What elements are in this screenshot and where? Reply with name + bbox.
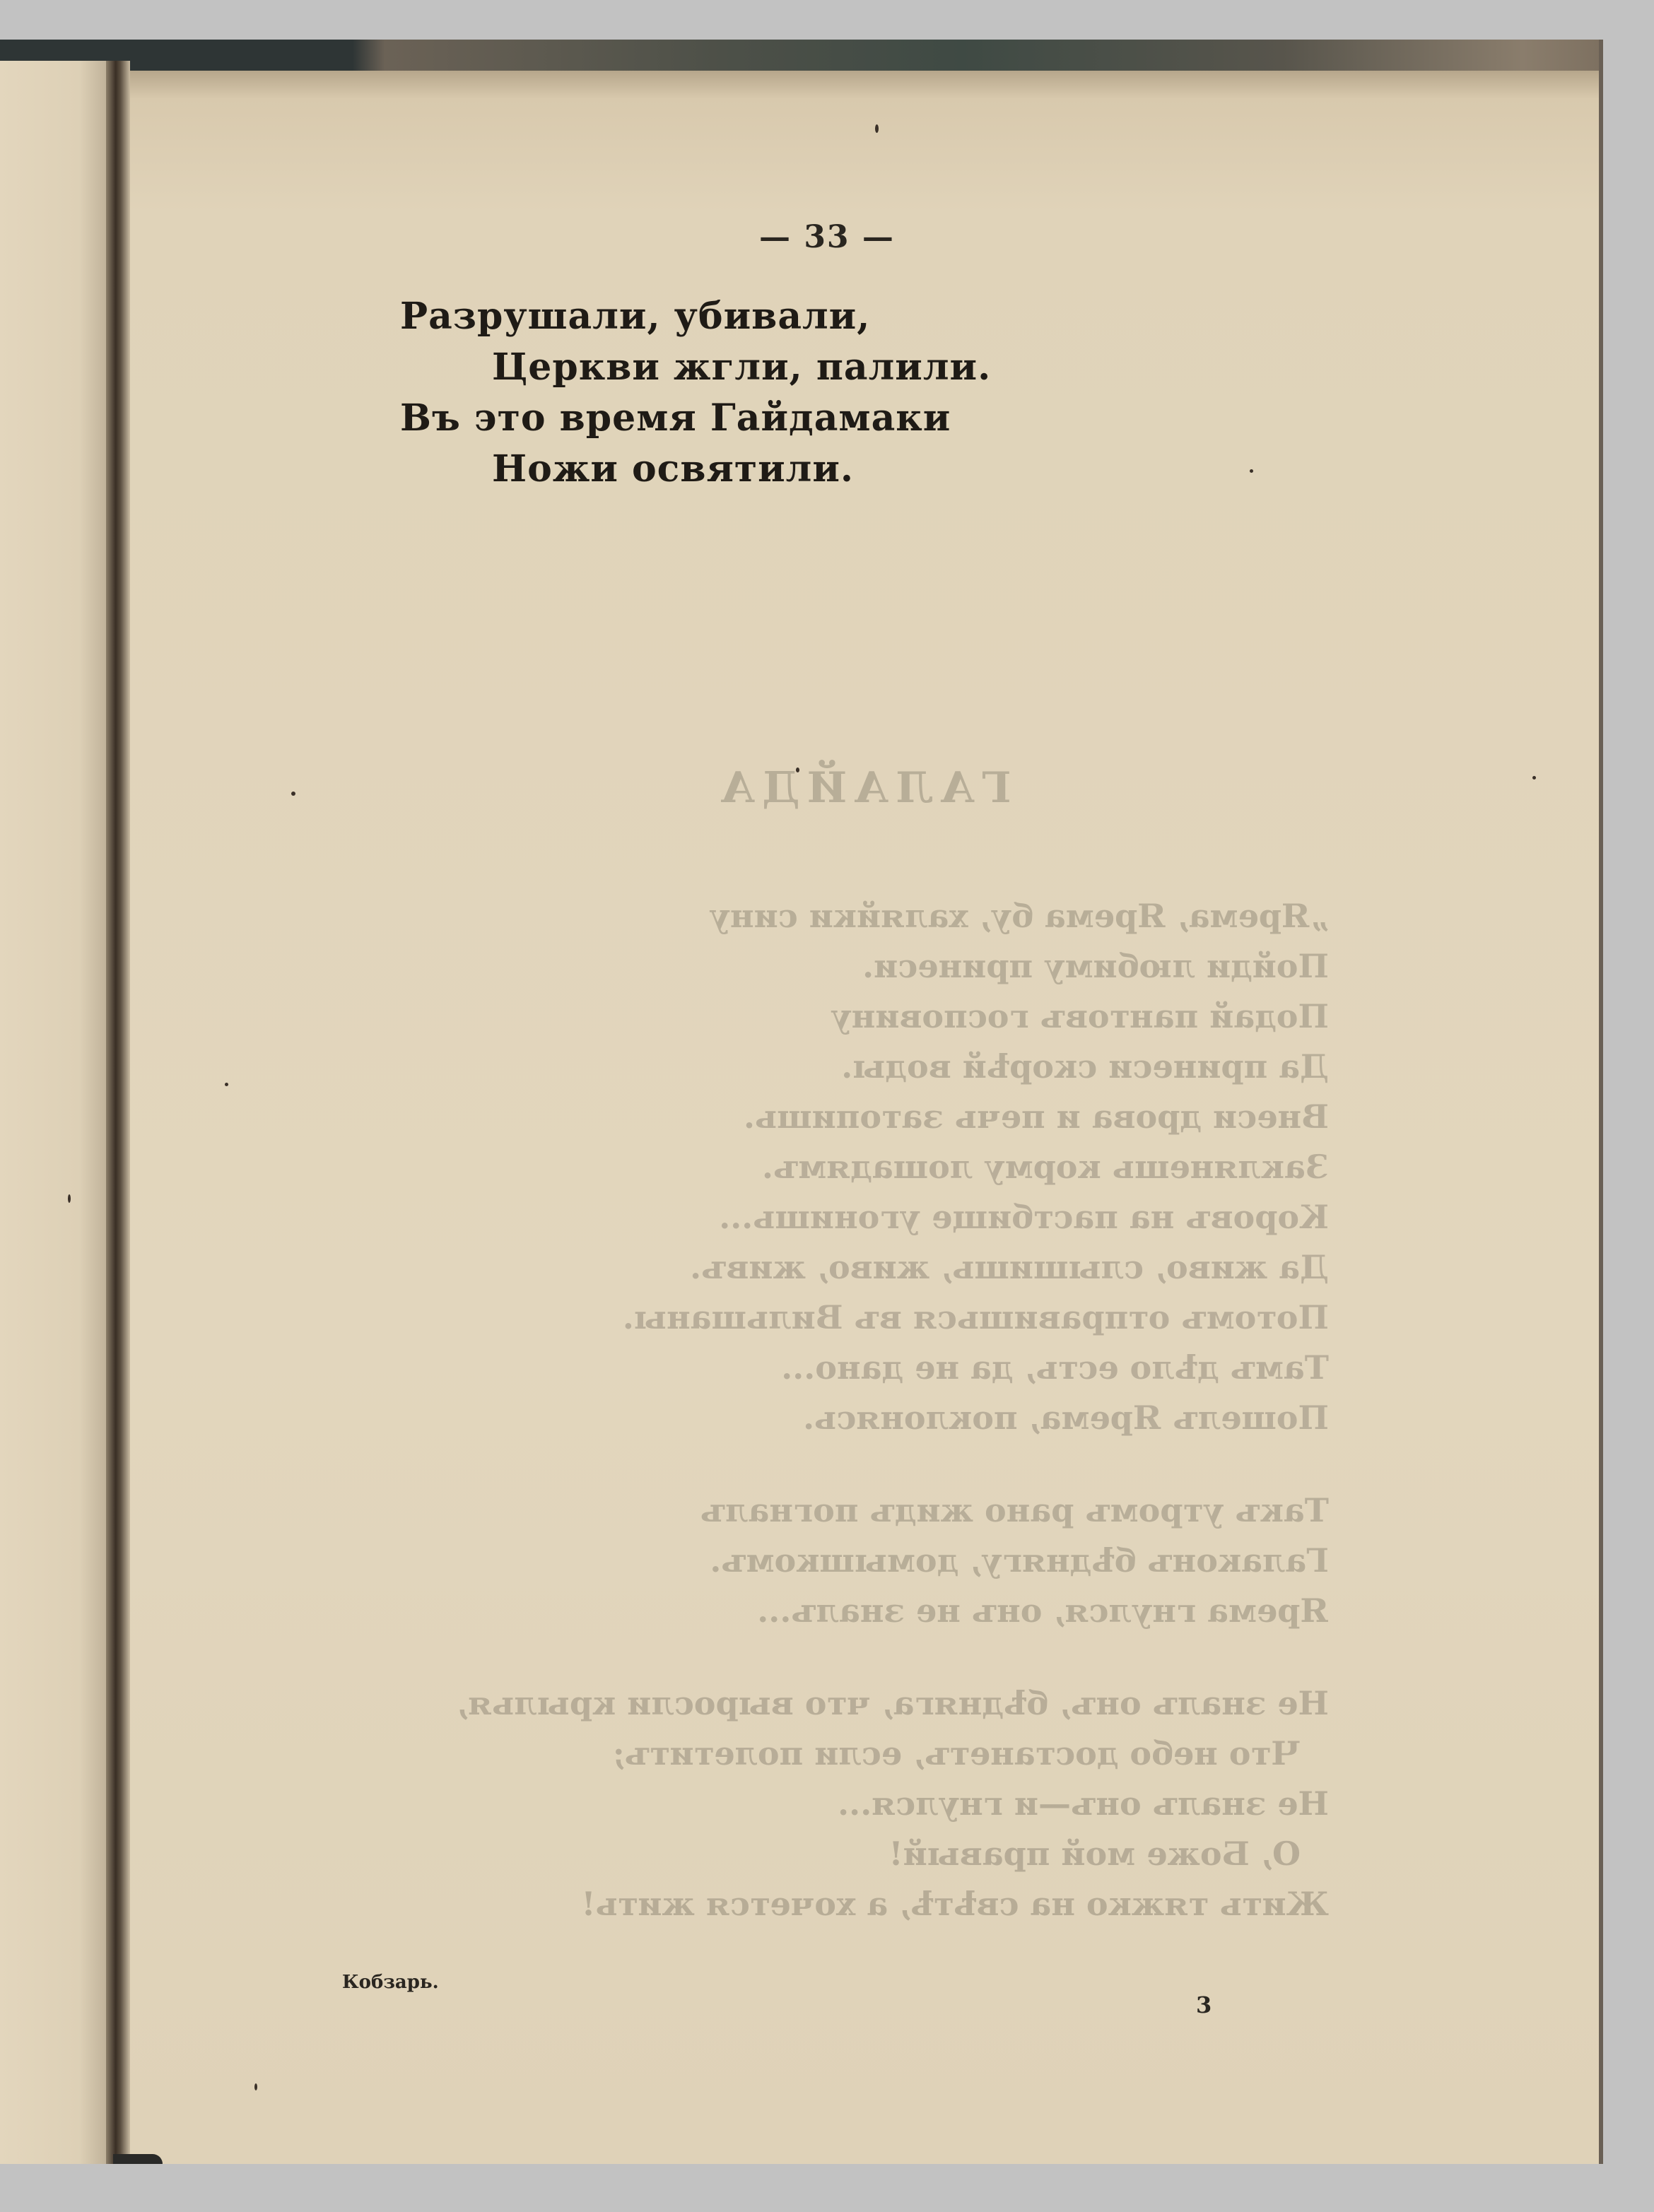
paper-speck: [1250, 469, 1253, 473]
bleed-line: Такъ утромъ рано жидъ погналъ: [396, 1486, 1329, 1536]
paper-speck: [796, 767, 799, 772]
bleed-line: Галаконъ бѣднягу, домышкомъ.: [396, 1536, 1329, 1586]
paper-speck: [875, 124, 879, 133]
paper-speck: [68, 1194, 71, 1203]
bleed-line: Коровъ на пастбище угонишь...: [396, 1192, 1329, 1242]
bleed-line: Да принеси скорѣй воды.: [396, 1042, 1329, 1092]
bleed-line: О, Боже мой правый!: [396, 1829, 1329, 1879]
bleed-line: Ярема гнулся, онъ не зналъ...: [396, 1586, 1329, 1636]
paper-speck: [1532, 776, 1536, 780]
footer-sheet-number: 3: [1196, 1992, 1212, 2018]
paper-speck: [225, 1083, 228, 1086]
bleed-line: Пошелъ Ярема, поклонясь.: [396, 1393, 1329, 1443]
bleed-line: Жить тяжко на свѣтѣ, а хочется жить!: [396, 1879, 1329, 1929]
poem-line: Въ это время Гайдамаки: [400, 393, 991, 444]
bleed-line: Подай пантовъ госповину: [396, 992, 1329, 1042]
paper-speck: [254, 2083, 257, 2090]
bleed-through-text: ГАЛАЙДА „Ярема, Ярема бу, халяйки сину П…: [396, 763, 1329, 1929]
bleed-line: Потомъ отправишься въ Вильшаны.: [396, 1293, 1329, 1343]
bleed-line: Пойди любиму принеси.: [396, 941, 1329, 992]
footer-signature: Кобзарь.: [342, 1972, 439, 1993]
bleed-line: Не зналъ онъ—и гнулся...: [396, 1779, 1329, 1829]
poem-stanza: Разрушали, убивали, Церкви жгли, палили.…: [400, 291, 991, 495]
cover-corner: [113, 2154, 163, 2164]
poem-line: Ножи освятили.: [400, 444, 991, 495]
bleed-line: Не зналъ онъ, бѣдняга, что выросли крыль…: [396, 1678, 1329, 1729]
bleed-line: Тамъ дѣло есть, да не дано...: [396, 1343, 1329, 1393]
bleed-line: „Ярема, Ярема бу, халяйки сину: [396, 891, 1329, 941]
page-number: — 33 —: [759, 219, 895, 255]
bleed-title: ГАЛАЙДА: [396, 763, 1329, 813]
book-gutter: [106, 61, 130, 2164]
paper-speck: [291, 792, 295, 796]
left-page-edge: [0, 61, 113, 2164]
poem-line: Разрушали, убивали,: [400, 291, 991, 342]
bleed-line: Внеси дрова и печь затопишь.: [396, 1092, 1329, 1142]
bleed-line: Что небо достанетъ, если полетитъ;: [396, 1729, 1329, 1779]
bleed-line: Заклянешь корму лошадямъ.: [396, 1142, 1329, 1192]
bleed-line: Да живо, слышишь, живо, живъ.: [396, 1242, 1329, 1293]
poem-line: Церкви жгли, палили.: [400, 342, 991, 393]
page-right-edge: [1599, 40, 1603, 2164]
